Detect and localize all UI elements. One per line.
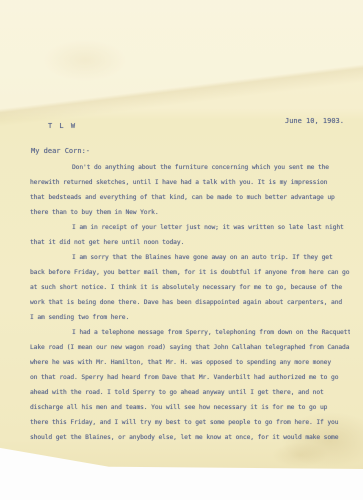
letter-line: Don't do anything about the furniture co… [30,160,350,175]
letter-paragraph: I had a telephone message from Sperry, t… [30,325,350,445]
letter-line: that bedsteads and everything of that ki… [30,190,350,205]
letter-paper: T L W June 10, 1903. My dear Corn:- Don'… [0,0,363,470]
letter-salutation: My dear Corn:- [31,147,90,155]
letter-line: herewith returned sketches, until I have… [30,175,350,190]
letter-line: work that is being done there. Dave has … [30,295,350,310]
letter-date: June 10, 1903. [285,117,344,125]
letter-line: there this Friday, and I will try my bes… [30,415,350,430]
letter-line: should get the Blaines, or anybody else,… [30,430,350,445]
letter-line: I am sending two from here. [30,310,350,325]
typist-initials: T L W [48,122,77,130]
letter-paragraph: I am in receipt of your letter just now;… [30,220,350,250]
letter-line: back before Friday, you better mail them… [30,265,350,280]
letter-line: on that road. Sperry had heard from Dave… [30,370,350,385]
letter-line: discharge all his men and teams. You wil… [30,400,350,415]
letter-body: Don't do anything about the furniture co… [30,160,350,445]
letter-paragraph: Don't do anything about the furniture co… [30,160,350,220]
letter-line: there than to buy them in New York. [30,205,350,220]
letter-line: at such short notice. I think it is abso… [30,280,350,295]
letter-line: that it did not get here until noon toda… [30,235,350,250]
scanned-letter-page: T L W June 10, 1903. My dear Corn:- Don'… [0,0,363,500]
letter-line: I had a telephone message from Sperry, t… [30,325,350,340]
letter-line: I am in receipt of your letter just now;… [30,220,350,235]
letter-line: ahead with the road. I told Sperry to go… [30,385,350,400]
letter-line: where he was with Mr. Hamilton, that Mr.… [30,355,350,370]
letter-paragraph: I am sorry that the Blaines have gone aw… [30,250,350,325]
letter-line: I am sorry that the Blaines have gone aw… [30,250,350,265]
letter-line: Lake road (I mean our new wagon road) sa… [30,340,350,355]
